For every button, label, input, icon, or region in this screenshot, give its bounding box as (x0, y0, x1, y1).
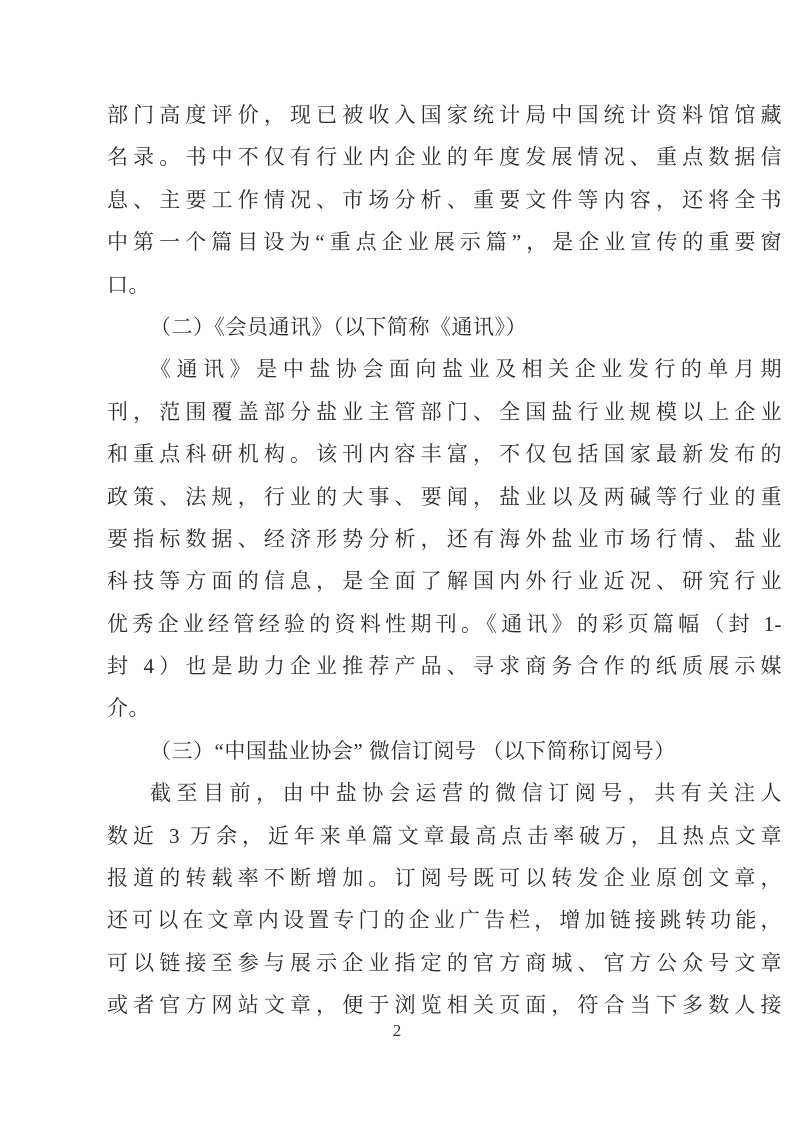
text-line: 介。 (107, 687, 782, 729)
document-body: 部门高度评价，现已被收入国家统计局中国统计资料馆馆藏名录。书中不仅有行业内企业的… (107, 94, 782, 1027)
text-line: 息、主要工作情况、市场分析、重要文件等内容，还将全书 (107, 179, 782, 221)
text-line: 封 4）也是助力企业推荐产品、寻求商务合作的纸质展示媒 (107, 645, 782, 687)
text-line: （三）“中国盐业协会” 微信订阅号 （以下简称订阅号） (107, 730, 782, 772)
text-line: 报道的转载率不断增加。订阅号既可以转发企业原创文章， (107, 857, 782, 899)
text-line: 数近 3 万余，近年来单篇文章最高点击率破万，且热点文章 (107, 815, 782, 857)
text-line: 名录。书中不仅有行业内企业的年度发展情况、重点数据信 (107, 136, 782, 178)
document-page: 部门高度评价，现已被收入国家统计局中国统计资料馆馆藏名录。书中不仅有行业内企业的… (0, 0, 794, 1123)
text-line: 优秀企业经管经验的资料性期刊。《通讯》的彩页篇幅（封 1- (107, 603, 782, 645)
page-number: 2 (0, 1020, 794, 1042)
text-line: 政策、法规，行业的大事、要闻，盐业以及两碱等行业的重 (107, 476, 782, 518)
text-line: 可以链接至参与展示企业指定的官方商城、官方公众号文章 (107, 942, 782, 984)
text-line: 中第一个篇目设为“重点企业展示篇”，是企业宣传的重要窗 (107, 221, 782, 263)
text-line: 和重点科研机构。该刊内容丰富，不仅包括国家最新发布的 (107, 433, 782, 475)
text-line: 截至目前，由中盐协会运营的微信订阅号，共有关注人 (107, 772, 782, 814)
text-line: 《通讯》是中盐协会面向盐业及相关企业发行的单月期 (107, 348, 782, 390)
text-line: 要指标数据、经济形势分析，还有海外盐业市场行情、盐业 (107, 518, 782, 560)
text-line: 部门高度评价，现已被收入国家统计局中国统计资料馆馆藏 (107, 94, 782, 136)
text-line: 科技等方面的信息，是全面了解国内外行业近况、研究行业 (107, 560, 782, 602)
text-line: 口。 (107, 264, 782, 306)
text-line: （二）《会员通讯》（以下简称《通讯》） (107, 306, 782, 348)
text-line: 刊，范围覆盖部分盐业主管部门、全国盐行业规模以上企业 (107, 391, 782, 433)
text-line: 还可以在文章内设置专门的企业广告栏，增加链接跳转功能， (107, 899, 782, 941)
